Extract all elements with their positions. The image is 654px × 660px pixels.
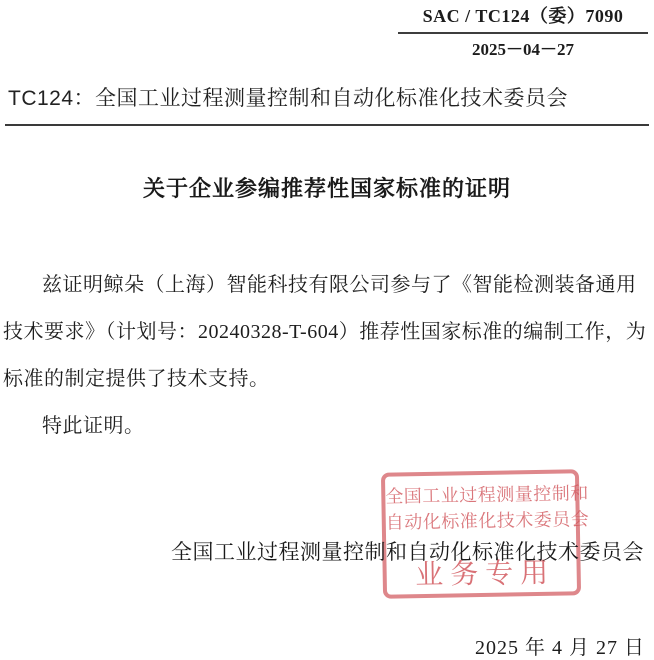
committee-header: TC124：全国工业过程测量控制和自动化标准化技术委员会	[8, 82, 568, 112]
body-line-2: 技术要求》（计划号：20240328-T-604）推荐性国家标准的编制工作，为	[3, 309, 651, 356]
certificate-body: 兹证明鲸朵（上海）智能科技有限公司参与了《智能检测装备通用 技术要求》（计划号：…	[3, 262, 651, 450]
certificate-title: 关于企业参编推荐性国家标准的证明	[0, 172, 654, 203]
signature-committee-name: 全国工业过程测量控制和自动化标准化技术委员会	[171, 536, 644, 566]
body-line-3: 标准的制定提供了技术支持。	[3, 356, 651, 403]
header-divider-line	[5, 124, 649, 126]
document-issue-date: 2025－04－27	[398, 37, 648, 62]
official-red-stamp: 全国工业过程测量控制和 自动化标准化技术委员会 业务专用	[381, 469, 581, 598]
stamp-text-line-2: 自动化标准化技术委员会	[386, 506, 576, 535]
body-closing: 特此证明。	[3, 403, 651, 450]
signature-date: 2025 年 4 月 27 日	[475, 631, 645, 660]
document-head-block: SAC / TC124（委）7090 2025－04－27	[398, 3, 648, 62]
doc-number-divider	[398, 32, 648, 34]
certificate-document: SAC / TC124（委）7090 2025－04－27 TC124：全国工业…	[0, 0, 654, 660]
body-line-1: 兹证明鲸朵（上海）智能科技有限公司参与了《智能检测装备通用	[3, 262, 651, 309]
stamp-text-line-1: 全国工业过程测量控制和	[385, 480, 575, 509]
document-number: SAC / TC124（委）7090	[398, 3, 648, 30]
